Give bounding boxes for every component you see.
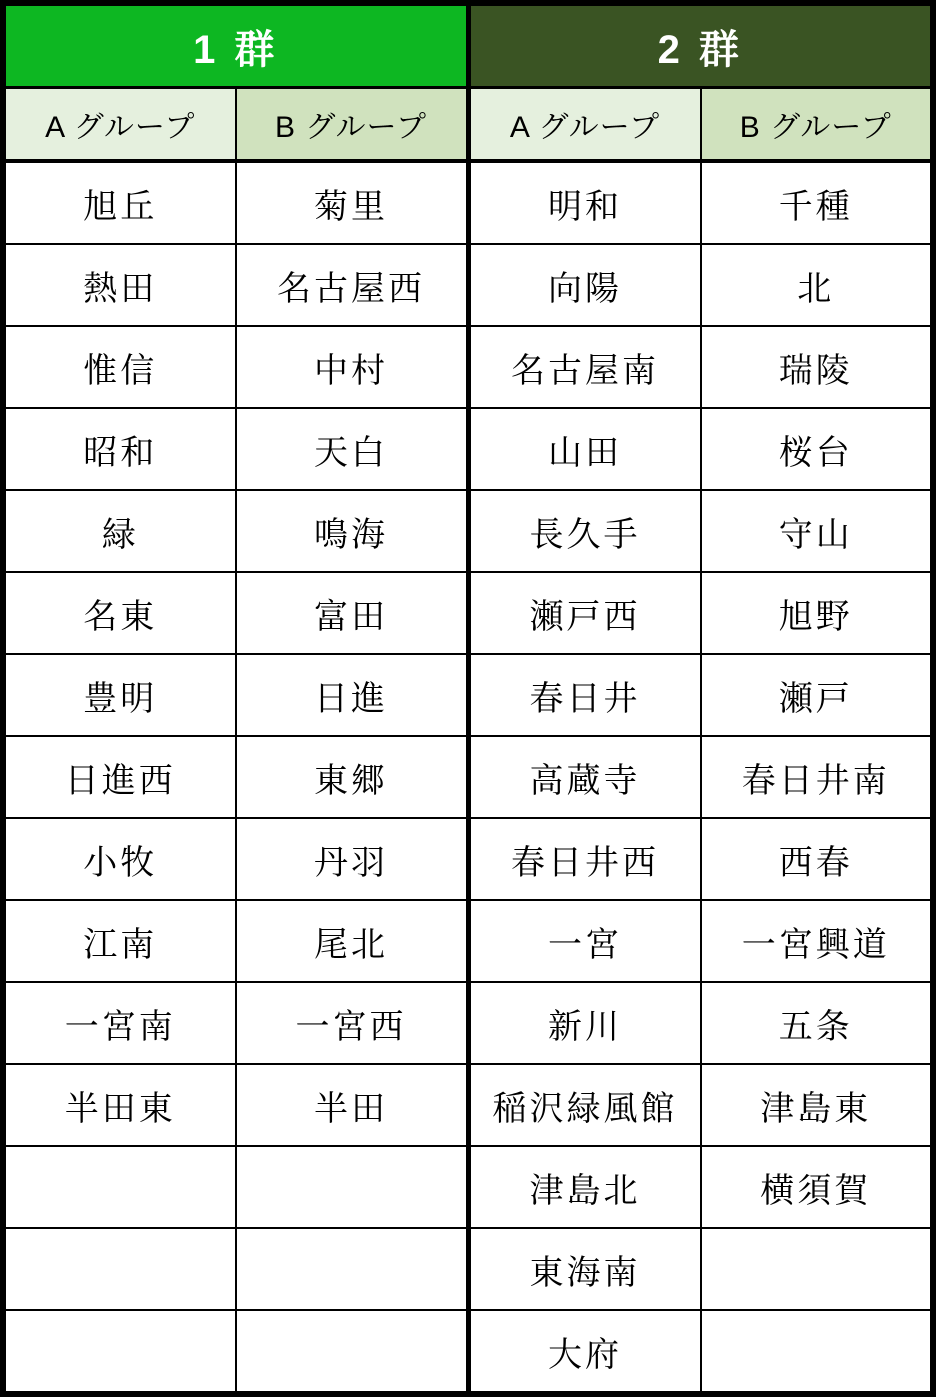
table-row: 大府 [3,1310,933,1394]
school-cell: 北 [701,244,934,326]
school-cell: 半田 [236,1064,469,1146]
table-row: 熱田 名古屋西 向陽 北 [3,244,933,326]
table-row: 豊明 日進 春日井 瀬戸 [3,654,933,736]
school-cell: 名古屋西 [236,244,469,326]
school-cell: 天白 [236,408,469,490]
school-cell [3,1228,236,1310]
school-groups-table-wrapper: 1 群 2 群 A グループ B グループ A グループ B グループ 旭丘 菊… [0,0,936,1397]
subgroup-header-row: A グループ B グループ A グループ B グループ [3,88,933,162]
school-cell: 富田 [236,572,469,654]
group-header-row: 1 群 2 群 [3,3,933,88]
school-cell: 津島北 [468,1146,701,1228]
table-row: 一宮南 一宮西 新川 五条 [3,982,933,1064]
table-row: 名東 富田 瀬戸西 旭野 [3,572,933,654]
school-cell: 長久手 [468,490,701,572]
school-cell [701,1310,934,1394]
table-row: 旭丘 菊里 明和 千種 [3,161,933,244]
table-row: 日進西 東郷 高蔵寺 春日井南 [3,736,933,818]
school-cell: 日進 [236,654,469,736]
table-row: 津島北 横須賀 [3,1146,933,1228]
school-groups-table: 1 群 2 群 A グループ B グループ A グループ B グループ 旭丘 菊… [0,0,936,1397]
school-cell: 高蔵寺 [468,736,701,818]
school-cell: 菊里 [236,161,469,244]
school-cell: 千種 [701,161,934,244]
school-cell: 一宮興道 [701,900,934,982]
school-cell: 惟信 [3,326,236,408]
table-row: 東海南 [3,1228,933,1310]
subheader-group1-b: B グループ [236,88,469,162]
school-cell: 昭和 [3,408,236,490]
school-cell: 緑 [3,490,236,572]
school-cell [701,1228,934,1310]
subheader-group2-b: B グループ [701,88,934,162]
school-cell: 小牧 [3,818,236,900]
school-cell: 大府 [468,1310,701,1394]
school-cell: 桜台 [701,408,934,490]
school-cell: 東郷 [236,736,469,818]
school-cell [236,1310,469,1394]
school-cell: 瀬戸西 [468,572,701,654]
school-cell [236,1146,469,1228]
school-cell [236,1228,469,1310]
school-cell: 山田 [468,408,701,490]
table-row: 昭和 天白 山田 桜台 [3,408,933,490]
school-cell: 守山 [701,490,934,572]
school-cell: 五条 [701,982,934,1064]
table-row: 江南 尾北 一宮 一宮興道 [3,900,933,982]
group1-header: 1 群 [3,3,468,88]
school-cell: 瑞陵 [701,326,934,408]
subheader-group1-a: A グループ [3,88,236,162]
school-cell: 西春 [701,818,934,900]
school-cell: 旭丘 [3,161,236,244]
school-cell: 豊明 [3,654,236,736]
school-cell: 日進西 [3,736,236,818]
school-cell: 一宮西 [236,982,469,1064]
school-cell: 一宮 [468,900,701,982]
school-cell: 横須賀 [701,1146,934,1228]
school-cell: 一宮南 [3,982,236,1064]
school-cell: 鳴海 [236,490,469,572]
school-cell: 旭野 [701,572,934,654]
school-cell: 熱田 [3,244,236,326]
table-row: 惟信 中村 名古屋南 瑞陵 [3,326,933,408]
school-cell: 瀬戸 [701,654,934,736]
school-cell: 向陽 [468,244,701,326]
school-cell: 名東 [3,572,236,654]
school-cell: 春日井西 [468,818,701,900]
school-cell: 明和 [468,161,701,244]
school-cell: 東海南 [468,1228,701,1310]
school-cell [3,1310,236,1394]
group2-header: 2 群 [468,3,933,88]
school-cell [3,1146,236,1228]
school-cell: 春日井 [468,654,701,736]
table-row: 緑 鳴海 長久手 守山 [3,490,933,572]
school-cell: 名古屋南 [468,326,701,408]
table-row: 小牧 丹羽 春日井西 西春 [3,818,933,900]
school-cell: 半田東 [3,1064,236,1146]
school-cell: 中村 [236,326,469,408]
school-cell: 稲沢緑風館 [468,1064,701,1146]
school-cell: 津島東 [701,1064,934,1146]
school-cell: 丹羽 [236,818,469,900]
school-cell: 新川 [468,982,701,1064]
school-cell: 春日井南 [701,736,934,818]
table-row: 半田東 半田 稲沢緑風館 津島東 [3,1064,933,1146]
school-cell: 江南 [3,900,236,982]
school-cell: 尾北 [236,900,469,982]
subheader-group2-a: A グループ [468,88,701,162]
